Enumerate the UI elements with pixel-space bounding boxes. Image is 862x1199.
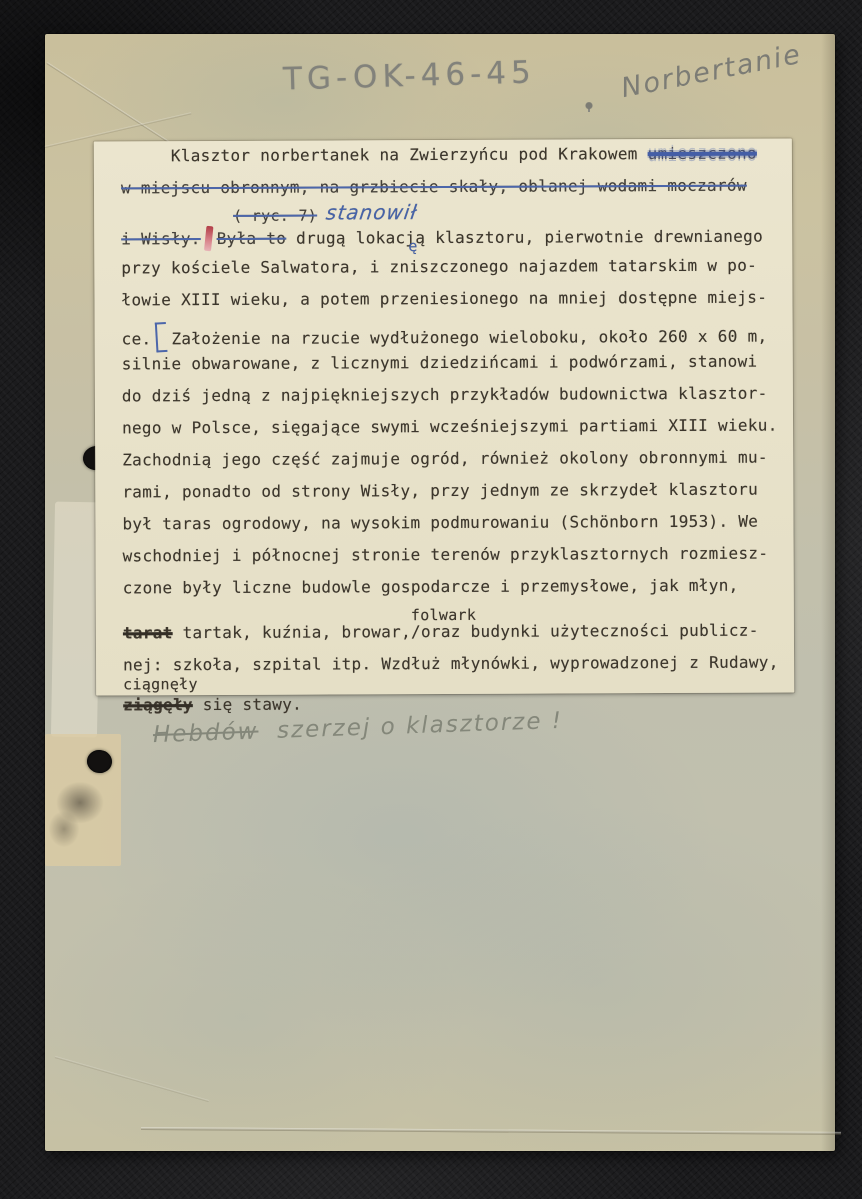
typed-slip: Klasztor norbertanek na Zwierzyńcu pod K… [94, 138, 794, 695]
blue-bracket-mark [155, 322, 168, 353]
typed-line: łowie XIII wieku, a potem przeniesionego… [121, 288, 782, 323]
archive-page: TG-OK-46-45 Norbertanie Klasztor norbert… [45, 34, 835, 1151]
typed-segment: czone były liczne budowle gospodarcze i … [123, 576, 739, 598]
typed-segment: wschodniej i północnej stronie terenów p… [123, 544, 769, 566]
typed-line: był taras ogrodowy, na wysokim podmurowa… [122, 512, 783, 547]
typed-line: silnie obwarowane, z licznymi dziedzińca… [122, 352, 783, 387]
pencil-bottom-note-struck-word: Hebdów [153, 719, 259, 749]
typed-line: ce.Założenie na rzucie wydłużonego wielo… [122, 320, 783, 355]
typed-line: rami, ponadto od strony Wisły, przy jedn… [122, 480, 783, 515]
typed-segment: Zachodnią jego część zajmuje ogród, równ… [122, 448, 768, 470]
typed-line: do dziś jedną z najpiękniejszych przykła… [122, 384, 783, 419]
pencil-mark [585, 102, 593, 114]
typed-segment: nego w Polsce, sięgające swymi wcześniej… [122, 416, 778, 438]
paper-edge-strip [51, 502, 101, 738]
typed-segment: Klasztor norbertanek na Zwierzyńcu pod K… [171, 144, 648, 165]
typed-segment: nej: szkoła, szpital itp. Wzdłuż młynówk… [123, 653, 779, 675]
pencil-bottom-note: Hebdów szerzej o klasztorze ! [96, 682, 565, 776]
typed-line: folwark [411, 605, 784, 623]
typed-segment: klasztoru, pierwotnie drewnianego [425, 227, 763, 247]
typed-segment: ce. [122, 329, 152, 348]
typed-segment: ciągnęły [123, 675, 198, 693]
typed-line: Klasztor norbertanek na Zwierzyńcu pod K… [121, 144, 782, 179]
typed-line: ( ryc. 7) stanowił [233, 200, 782, 226]
typed-segment: Założenie na rzucie wydłużonego wielobok… [171, 327, 767, 349]
typed-segment: przy kościele Salwatora, i zniszczonego … [121, 256, 757, 278]
struck-text: i Wisły. [121, 229, 201, 248]
red-caret-mark [204, 226, 213, 252]
struck-text: w miejscu obronnym, na grzbiecie skały, … [121, 176, 747, 198]
struck-text: ( ryc. 7) [233, 207, 317, 225]
typed-text: Klasztor norbertanek na Zwierzyńcu pod K… [121, 144, 784, 718]
typed-segment: był taras ogrodowy, na wysokim podmurowa… [122, 512, 758, 534]
typed-line: wschodniej i północnej stronie terenów p… [123, 544, 784, 579]
pencil-bottom-note-text: szerzej o klasztorze ! [258, 708, 563, 745]
pencil-archive-code: TG-OK-46-45 [283, 54, 537, 97]
scanned-document-on-album-cover: TG-OK-46-45 Norbertanie Klasztor norbert… [0, 0, 862, 1199]
handwritten-insertion: stanowił [325, 200, 419, 224]
typed-segment: łowie XIII wieku, a potem przeniesionego… [121, 288, 767, 310]
struck-text: Była to [217, 229, 287, 248]
typed-line: i Wisły.Była to drugą lokacjąę klasztoru… [121, 224, 782, 259]
fold-crease [55, 1056, 209, 1102]
typed-line: nego w Polsce, sięgające swymi wcześniej… [122, 416, 783, 451]
typed-segment: silnie obwarowane, z licznymi dziedzińca… [122, 352, 758, 374]
struck-text: tarat [123, 623, 173, 642]
typed-segment: tartak, kuźnia, browar,/oraz budynki uży… [173, 621, 759, 643]
struck-text: umieszczono [648, 144, 757, 163]
typed-line: Zachodnią jego część zajmuje ogród, równ… [122, 448, 783, 483]
typed-line: tarat tartak, kuźnia, browar,/oraz budyn… [123, 621, 784, 656]
typed-segment: drugą lokacją [286, 228, 425, 248]
typed-line: przy kościele Salwatora, i zniszczonego … [121, 256, 782, 291]
fold-crease [141, 1127, 841, 1135]
typed-segment: do dziś jedną z najpiękniejszych przykła… [122, 384, 768, 406]
pencil-corner-note: Norbertanie [619, 39, 805, 104]
typed-segment: rami, ponadto od strony Wisły, przy jedn… [122, 480, 758, 502]
